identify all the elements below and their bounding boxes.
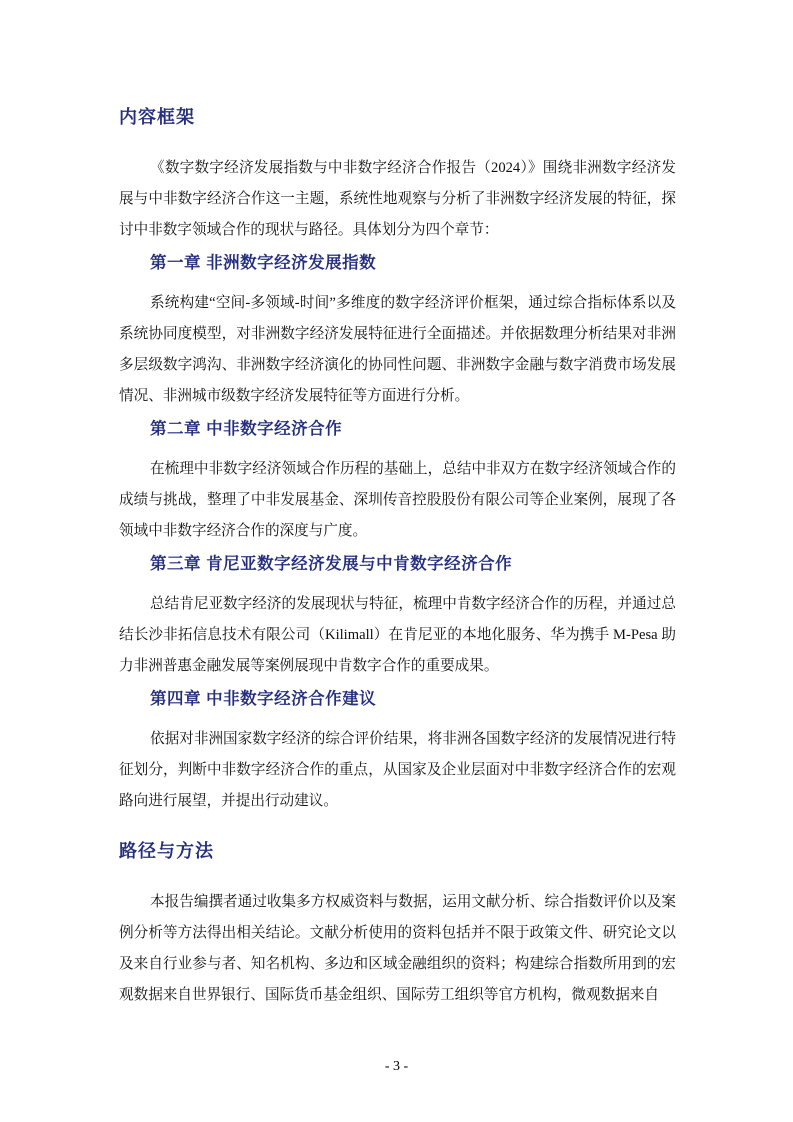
section-title-methods: 路径与方法 (119, 839, 676, 863)
chapter-3-paragraph: 总结肯尼亚数字经济的发展现状与特征，梳理中肯数字经济合作的历程，并通过总结长沙非… (119, 589, 676, 682)
chapter-4-paragraph: 依据对非洲国家数字经济的综合评价结果，将非洲各国数字经济的发展情况进行特征划分，… (119, 724, 676, 817)
section-title-content-framework: 内容框架 (119, 105, 676, 129)
chapter-1-paragraph: 系统构建“空间-多领域-时间”多维度的数字经济评价框架，通过综合指标体系以及系统… (119, 288, 676, 412)
chapter-4-heading: 第四章 中非数字经济合作建议 (119, 688, 676, 710)
page-number: - 3 - (0, 1058, 793, 1076)
chapter-1-heading: 第一章 非洲数字经济发展指数 (119, 252, 676, 274)
framework-intro-paragraph: 《数字数字经济发展指数与中非数字经济合作报告（2024）》围绕非洲数字经济发展与… (119, 153, 676, 246)
chapter-2-paragraph: 在梳理中非数字经济领域合作历程的基础上，总结中非双方在数字经济领域合作的成绩与挑… (119, 454, 676, 547)
methods-paragraph: 本报告编撰者通过收集多方权威资料与数据，运用文献分析、综合指数评价以及案例分析等… (119, 887, 676, 1011)
chapter-2-heading: 第二章 中非数字经济合作 (119, 418, 676, 440)
chapter-3-heading: 第三章 肯尼亚数字经济发展与中肯数字经济合作 (119, 553, 676, 575)
document-page: 内容框架 《数字数字经济发展指数与中非数字经济合作报告（2024）》围绕非洲数字… (0, 0, 793, 1122)
